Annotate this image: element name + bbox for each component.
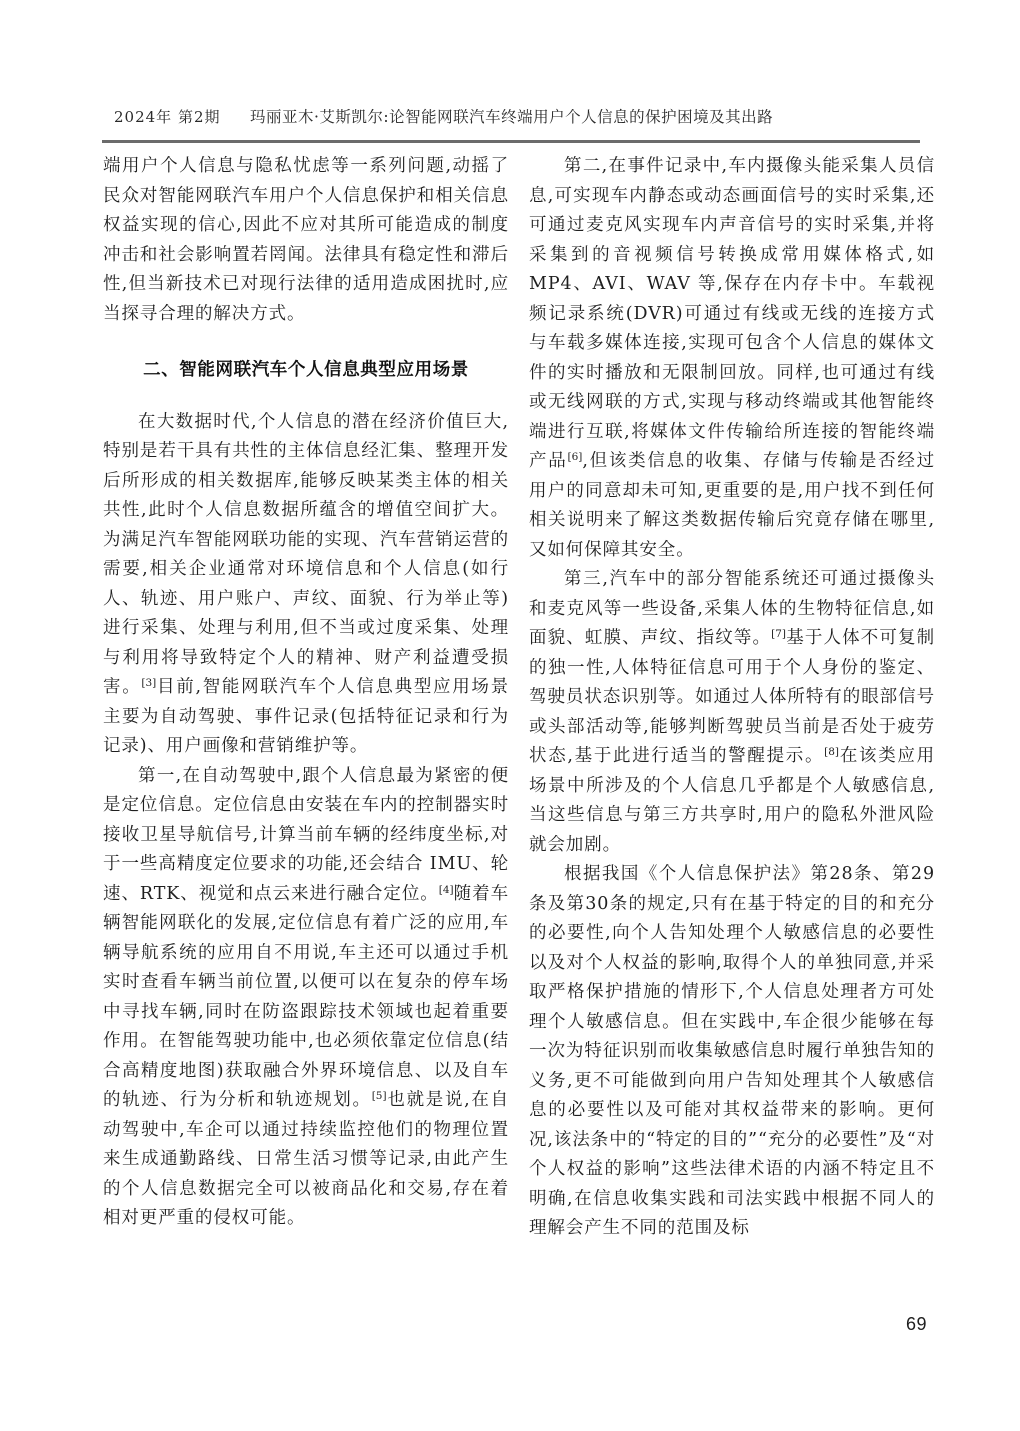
footnote-ref: [3] [141, 677, 156, 689]
issue-label: 2024年 第2期 [114, 104, 221, 130]
body-paragraph: 端用户个人信息与隐私忧虑等一系列问题,动摇了民众对智能网联汽车用户个人信息保护和… [103, 152, 509, 329]
body-paragraph: 根据我国《个人信息保护法》第28条、第29条及第30条的规定,只有在基于特定的目… [529, 860, 935, 1244]
body-paragraph: 第三,汽车中的部分智能系统还可通过摄像头和麦克风等一些设备,采集人体的生物特征信… [529, 565, 935, 860]
footnote-ref: [5] [372, 1090, 387, 1102]
body-paragraph: 第一,在自动驾驶中,跟个人信息最为紧密的便是定位信息。定位信息由安装在车内的控制… [103, 762, 509, 1234]
section-heading: 二、智能网联汽车个人信息典型应用场景 [103, 355, 509, 385]
footnote-ref: [7] [771, 628, 786, 640]
footnote-ref: [6] [567, 451, 582, 463]
body-paragraph: 第二,在事件记录中,车内摄像头能采集人员信息,可实现车内静态或动态画面信号的实时… [529, 152, 935, 565]
left-column: 端用户个人信息与隐私忧虑等一系列问题,动摇了民众对智能网联汽车用户个人信息保护和… [103, 152, 509, 1332]
journal-page: 2024年 第2期 玛丽亚木·艾斯凯尔:论智能网联汽车终端用户个人信息的保护困境… [0, 0, 1020, 1431]
page-number: 69 [906, 1314, 927, 1335]
running-title: 玛丽亚木·艾斯凯尔:论智能网联汽车终端用户个人信息的保护困境及其出路 [250, 104, 773, 130]
body-paragraph: 在大数据时代,个人信息的潜在经济价值巨大,特别是若干具有共性的主体信息经汇集、整… [103, 408, 509, 762]
footnote-ref: [8] [824, 746, 839, 758]
right-column: 第二,在事件记录中,车内摄像头能采集人员信息,可实现车内静态或动态画面信号的实时… [529, 152, 935, 1332]
page-header: 2024年 第2期 玛丽亚木·艾斯凯尔:论智能网联汽车终端用户个人信息的保护困境… [102, 104, 920, 130]
header-rule [102, 140, 920, 143]
footnote-ref: [4] [439, 884, 454, 896]
article-body: 端用户个人信息与隐私忧虑等一系列问题,动摇了民众对智能网联汽车用户个人信息保护和… [103, 152, 935, 1332]
